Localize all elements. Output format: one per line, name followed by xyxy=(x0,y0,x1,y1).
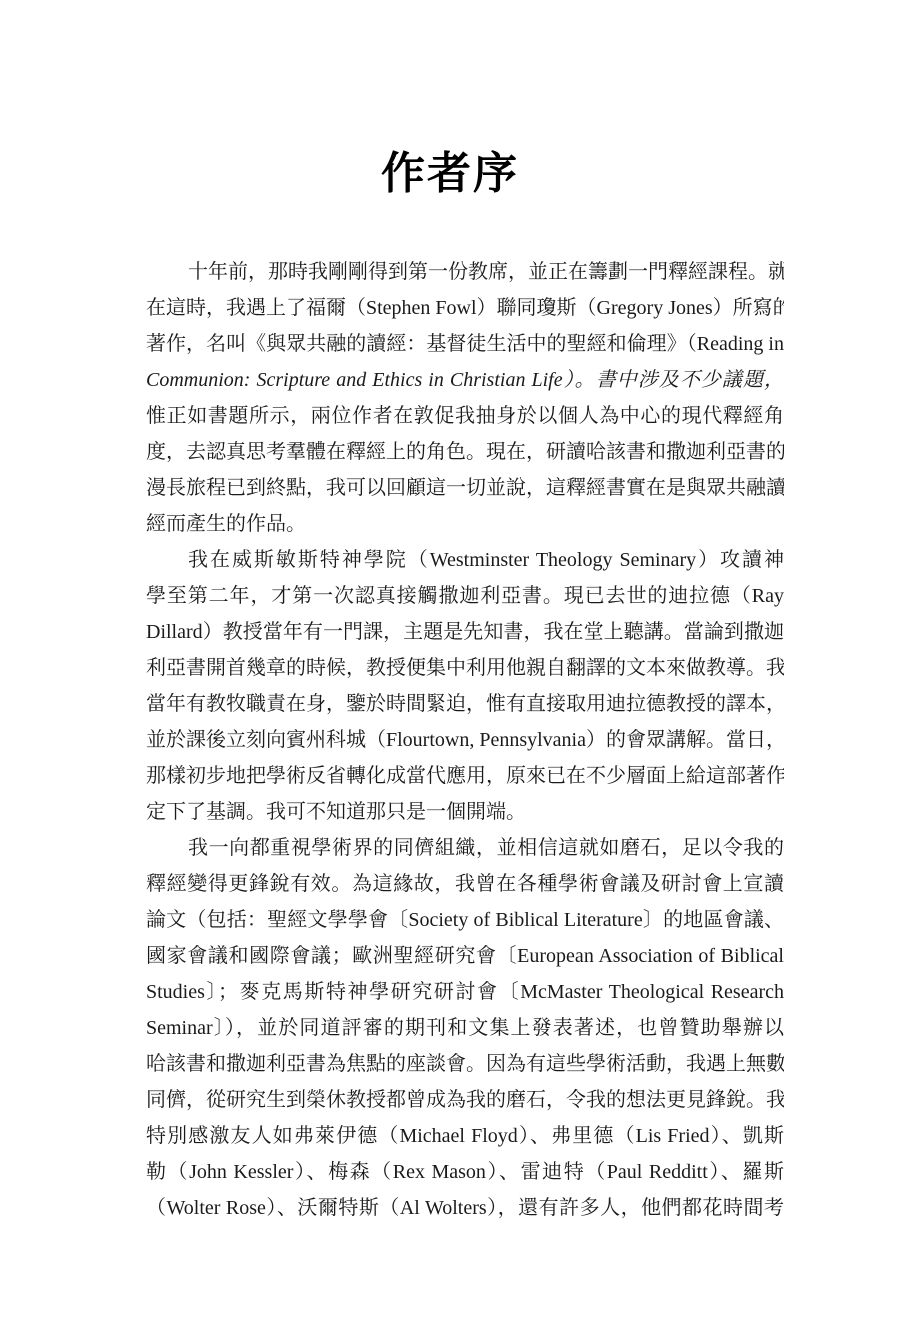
preface-body: 十年前，那時我剛剛得到第一份教席，並正在籌劃一門釋經課程。就 在這時，我遇上了福… xyxy=(146,254,784,1226)
text-line: Communion: Scripture and Ethics in Chris… xyxy=(146,362,784,398)
text-line: Seminar〕），並於同道評審的期刊和文集上發表著述，也曾贊助舉辦以 xyxy=(146,1010,784,1046)
text-line: 論文（包括：聖經文學學會〔Society of Biblical Literat… xyxy=(146,902,784,938)
text-line: （Wolter Rose）、沃爾特斯（Al Wolters），還有許多人，他們都… xyxy=(146,1190,784,1226)
text-line: 定下了基調。我可不知道那只是一個開端。 xyxy=(146,794,784,830)
text-line: 我在威斯敏斯特神學院（Westminster Theology Seminary… xyxy=(146,542,784,578)
text-line: Studies〕；麥克馬斯特神學研究研討會〔McMaster Theologic… xyxy=(146,974,784,1010)
text-line: 那樣初步地把學術反省轉化成當代應用，原來已在不少層面上給這部著作 xyxy=(146,758,784,794)
text-line: 漫長旅程已到終點，我可以回顧這一切並說，這釋經書實在是與眾共融讀 xyxy=(146,470,784,506)
text-line: 勒（John Kessler）、梅森（Rex Mason）、雷迪特（Paul R… xyxy=(146,1154,784,1190)
paragraph-1: 十年前，那時我剛剛得到第一份教席，並正在籌劃一門釋經課程。就 在這時，我遇上了福… xyxy=(146,254,784,542)
text-line: 惟正如書題所示，兩位作者在敦促我抽身於以個人為中心的現代釋經角 xyxy=(146,398,784,434)
text-line: 我一向都重視學術界的同儕組織，並相信這就如磨石，足以令我的 xyxy=(146,830,784,866)
text-line: 國家會議和國際會議；歐洲聖經研究會〔European Association o… xyxy=(146,938,784,974)
text-line: 當年有教牧職責在身，鑒於時間緊迫，惟有直接取用迪拉德教授的譯本， xyxy=(146,686,784,722)
text-line: 特別感激友人如弗萊伊德（Michael Floyd）、弗里德（Lis Fried… xyxy=(146,1118,784,1154)
text-line: 並於課後立刻向賓州科城（Flourtown, Pennsylvania）的會眾講… xyxy=(146,722,784,758)
text-line: 度，去認真思考羣體在釋經上的角色。現在，研讀哈該書和撒迦利亞書的 xyxy=(146,434,784,470)
text-line: 十年前，那時我剛剛得到第一份教席，並正在籌劃一門釋經課程。就 xyxy=(146,254,784,290)
paragraph-3: 我一向都重視學術界的同儕組織，並相信這就如磨石，足以令我的 釋經變得更鋒銳有效。… xyxy=(146,830,784,1226)
text-line: 利亞書開首幾章的時候，教授便集中利用他親自翻譯的文本來做教導。我 xyxy=(146,650,784,686)
text-line: Dillard）教授當年有一門課，主題是先知書，我在堂上聽講。當論到撒迦 xyxy=(146,614,784,650)
text-line: 在這時，我遇上了福爾（Stephen Fowl）聯同瓊斯（Gregory Jon… xyxy=(146,290,784,326)
text-line: 釋經變得更鋒銳有效。為這緣故，我曾在各種學術會議及研討會上宣讀 xyxy=(146,866,784,902)
document-page: 作者序 十年前，那時我剛剛得到第一份教席，並正在籌劃一門釋經課程。就 在這時，我… xyxy=(0,0,900,1324)
book-title-line-part: 著作，名叫《與眾共融的讀經：基督徒生活中的聖經和倫理》（Reading in xyxy=(146,333,784,355)
text-line: 學至第二年，才第一次認真接觸撒迦利亞書。現已去世的迪拉德（Ray xyxy=(146,578,784,614)
text-line: 哈該書和撒迦利亞書為焦點的座談會。因為有這些學術活動，我遇上無數 xyxy=(146,1046,784,1082)
paragraph-2: 我在威斯敏斯特神學院（Westminster Theology Seminary… xyxy=(146,542,784,830)
text-line: 經而產生的作品。 xyxy=(146,506,784,542)
text-line: 著作，名叫《與眾共融的讀經：基督徒生活中的聖經和倫理》（Reading in xyxy=(146,326,784,362)
page-title: 作者序 xyxy=(0,146,900,202)
text-line: 同儕，從研究生到榮休教授都曾成為我的磨石，令我的想法更見鋒銳。我 xyxy=(146,1082,784,1118)
